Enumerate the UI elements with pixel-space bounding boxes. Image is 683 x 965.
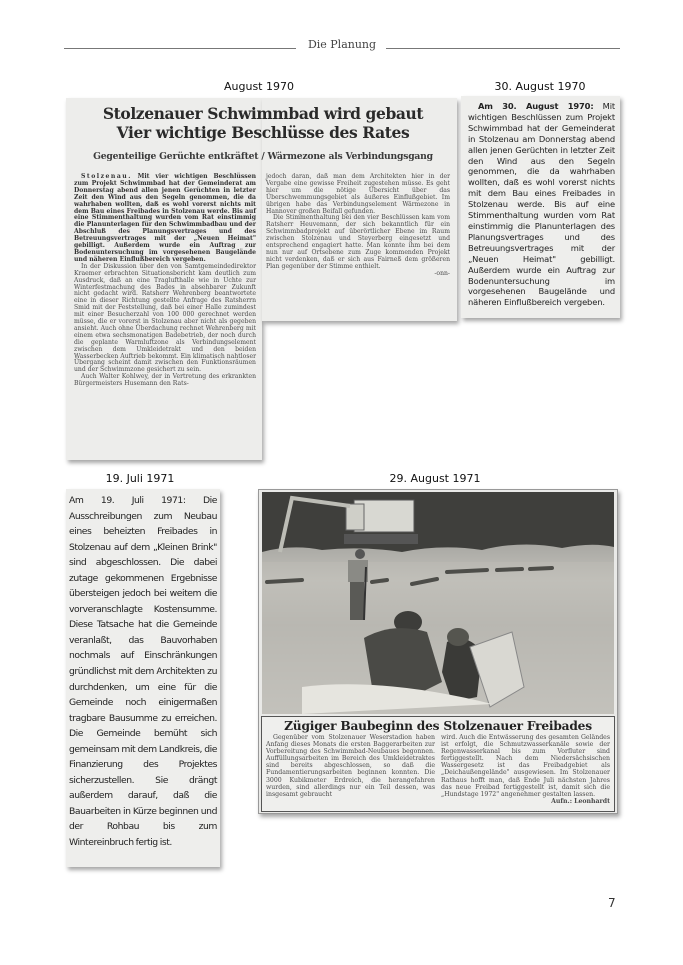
col1-text: Gegenüber vom Stolzenauer Weserstadion h… <box>266 734 435 798</box>
headline-block-right: Stolzenauer Schwimmbad wird gebaut Vier … <box>262 104 456 142</box>
section-title: Die Planung <box>300 38 384 51</box>
article-body: Mit wichtigen Beschlüssen zum Projekt Sc… <box>468 101 615 307</box>
paragraph-2: In der Diskussion über den von Samtgemei… <box>74 264 256 375</box>
lead-paragraph: Mit vier wichtigen Beschlüssen zum Proje… <box>74 173 256 263</box>
article-headline: Zügiger Baubeginn des Stolzenauer Freiba… <box>266 719 610 733</box>
photo-credit: Aufn.: Leonhardt <box>441 798 610 805</box>
caption-19-juli-1971: 19. Juli 1971 <box>80 472 200 485</box>
subheadline-cont: Gegenteilige Gerüchte entkräftet / Wärme… <box>262 151 456 162</box>
page-header: Die Planung <box>64 38 620 54</box>
page-number: 7 <box>608 896 616 910</box>
photo-article: Zügiger Baubeginn des Stolzenauer Freiba… <box>261 716 615 812</box>
clipping-august-1970-left: Stolzenauer Schwimmbad wird gebaut Vier … <box>66 98 262 460</box>
col2-paragraph-1: jedoch daran, daß man dem Architekten hi… <box>266 174 450 215</box>
headline-2: Vier wichtige Beschlüsse des Rates <box>70 123 262 142</box>
col2-text: wird. Auch die Entwässerung des gesamten… <box>441 734 610 798</box>
col2-paragraph-2: Die Stimmenthaltung bei den vier Beschlü… <box>266 215 450 270</box>
headline-block: Stolzenauer Schwimmbad wird gebaut Vier … <box>70 104 262 142</box>
headline-2-cont: Vier wichtige Beschlüsse des Rates <box>262 123 456 142</box>
clipping-29-august-1971: Zügiger Baubeginn des Stolzenauer Freiba… <box>258 489 618 814</box>
photo-illustration <box>262 492 614 714</box>
subheadline: Gegenteilige Gerüchte entkräftet / Wärme… <box>70 151 262 162</box>
header-rule-right <box>386 48 620 49</box>
headline-1: Stolzenauer Schwimmbad wird gebaut <box>70 104 262 123</box>
article-text: Am 30. August 1970: Mit wichtigen Beschl… <box>468 101 615 308</box>
article-column-1: Stolzenau. Mit vier wichtigen Beschlüsse… <box>74 174 256 388</box>
headline-1-cont: Stolzenauer Schwimmbad wird gebaut <box>262 104 456 123</box>
article-text: Am 19. Juli 1971: Die Ausschreibungen zu… <box>69 493 217 851</box>
clipping-august-1970-right: Stolzenauer Schwimmbad wird gebaut Vier … <box>262 98 457 321</box>
caption-30-august-1970: 30. August 1970 <box>470 80 610 93</box>
construction-photo <box>262 492 614 714</box>
header-rule-left <box>64 48 296 49</box>
article-lead: Am 30. August 1970: <box>478 101 594 111</box>
signature: -onn- <box>266 271 450 278</box>
clipping-30-august-1970: Am 30. August 1970: Mit wichtigen Beschl… <box>461 96 620 318</box>
paragraph-3: Auch Walter Kohlwey, der in Vertretung d… <box>74 374 256 388</box>
worker-standing <box>348 549 368 620</box>
caption-august-1970: August 1970 <box>194 80 324 93</box>
caption-29-august-1971: 29. August 1971 <box>370 472 500 485</box>
article-column-2: jedoch daran, daß man dem Architekten hi… <box>266 174 450 278</box>
article-columns: Gegenüber vom Stolzenauer Weserstadion h… <box>266 734 610 805</box>
clipping-19-juli-1971: Am 19. Juli 1971: Die Ausschreibungen zu… <box>66 489 220 867</box>
article-column-1: Gegenüber vom Stolzenauer Weserstadion h… <box>266 734 435 805</box>
article-column-2: wird. Auch die Entwässerung des gesamten… <box>441 734 610 805</box>
